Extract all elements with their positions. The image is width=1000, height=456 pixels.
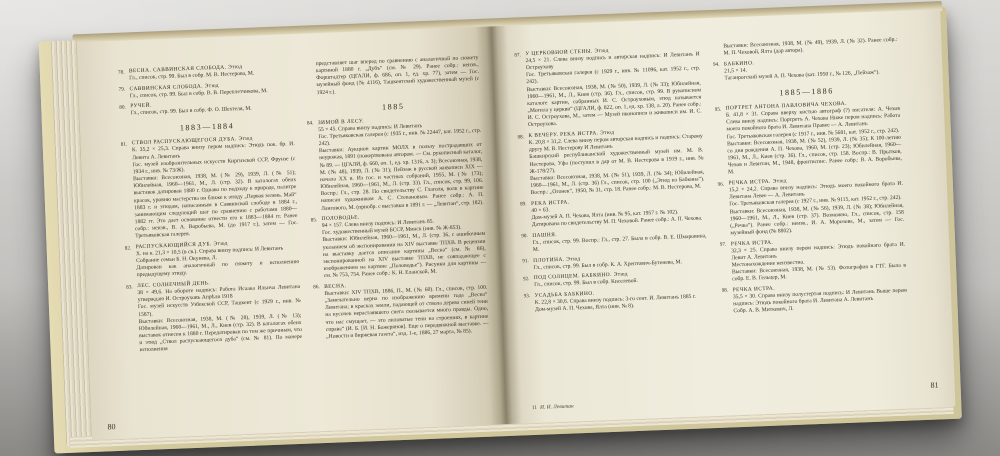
entry-number: 81.	[121, 141, 128, 147]
entry-number: 89.	[520, 201, 527, 207]
signature-name: И. И. Левитан	[540, 404, 574, 411]
entry-paragraph: Выставки: Аукцион картин МОЛХ в пользу п…	[319, 142, 484, 213]
catalog-entry: 80.РУЧЕЙ.Гл., список, стр. 99. Был в соб…	[119, 97, 293, 118]
catalog-entry: 82.РАСПУСКАЮЩИЙСЯ ДУБ. ЭтюдХ. на к. 21,3…	[125, 238, 300, 280]
catalog-entry: 87.У ЦЕРКОВНОЙ СТЕНЫ. Этюд24,5 × 21. Сле…	[514, 44, 702, 130]
right-page-columns: 87.У ЦЕРКОВНОЙ СТЕНЫ. Этюд24,5 × 21. Сле…	[514, 37, 910, 391]
entry-number: 94.	[713, 62, 720, 68]
catalog-entry: 86.ВЕСНА.Выставки: XIV ТПХВ, 1886, П., М…	[313, 278, 489, 342]
right-page: 87.У ЦЕРКОВНОЙ СТЕНЫ. Этюд24,5 × 21. Сле…	[491, 9, 955, 424]
entry-paragraph: Выставки: Всесоюзная, 1938, М. (№ 56), 1…	[730, 202, 905, 237]
left-page-column-2: представляет шаг вперед по сравнению с а…	[305, 55, 492, 407]
catalog-entry: представляет шаг вперед по сравнению с а…	[305, 55, 480, 97]
entry-number: 85.	[311, 217, 318, 223]
printers-signature: 11И. И. Левитан	[532, 404, 574, 412]
catalog-entry: 97.РЕЧКА ИСТРА.32,3 × 25. Справа внизу п…	[720, 234, 907, 284]
catalog-entry: 93.УСАДЬБА БАБКИНО.К. 22,8 × 30,6. Справ…	[523, 286, 709, 314]
entry-paragraph: представляет шаг вперед по сравнению с а…	[316, 55, 480, 97]
page-number-right: 81	[930, 380, 938, 389]
entry-number: 78.	[118, 69, 125, 75]
left-page: 78.ВЕСНА. САВВИНСКАЯ СЛОБОДА. ЭтюдГл., с…	[77, 26, 507, 440]
catalog-entry: 83.ЛЕС. СОЛНЕЧНЫЙ ДЕНЬ.38 × 49,6. На обо…	[126, 277, 302, 355]
entry-number: 80.	[119, 104, 126, 110]
entry-paragraph: Выставки: XIV ТПХВ, 1886, П., М. (№ 60).…	[324, 285, 489, 341]
left-page-column-1: 78.ВЕСНА. САВВИНСКАЯ СЛОБОДА. ЭтюдГл., с…	[118, 62, 305, 414]
entry-number: 97.	[720, 242, 727, 248]
open-book: 78.ВЕСНА. САВВИНСКАЯ СЛОБОДА. ЭтюдГл., с…	[55, 3, 956, 441]
entry-paragraph: Выставки: Всесоюзная, 1938, М. (№ 29), 1…	[133, 170, 298, 241]
entry-paragraph: Выставки: Всесоюзная, 1938, М. (№ 50), 1…	[527, 80, 703, 130]
year-heading: 1883—1884	[120, 120, 294, 136]
page-block: 78.ВЕСНА. САВВИНСКАЯ СЛОБОДА. ЭтюдГл., с…	[55, 3, 956, 441]
entry-number: 90.	[521, 233, 528, 239]
entry-number: 91.	[522, 258, 529, 264]
entry-number: 82.	[125, 245, 132, 251]
entry-paragraph: Выставки: Всесоюзная, 1938, М. (№ 52), 1…	[727, 134, 902, 176]
catalog-entry: 95.ПОРТРЕТ АНТОНА ПАВЛОВИЧА ЧЕХОВА.Б. 41…	[715, 99, 903, 177]
entry-number: 84.	[307, 121, 314, 127]
catalog-entry: 89.РЕКА ИСТРА.40 × 63.Дом-музей А. П. Че…	[520, 194, 706, 230]
entry-number: 87.	[514, 52, 521, 58]
catalog-entry: 96.РЕЧКА ИСТРА. Этюд15,2 × 24,2. Справа …	[717, 174, 904, 238]
right-page-column-1: 87.У ЦЕРКОВНОЙ СТЕНЫ. Этюд24,5 × 21. Сле…	[514, 44, 712, 391]
entry-number: 86.	[313, 285, 320, 291]
entry-number: 92.	[523, 276, 530, 282]
catalog-entry: 90.ПАШНЯ.Гл., список, стр. 99. Воспр.: Г…	[521, 226, 707, 254]
entry-number: 95.	[715, 106, 722, 112]
entry-paragraph: Выставки: Всесоюзная, 1938, М. (№ 28), 1…	[138, 313, 302, 355]
entry-number: 96.	[717, 181, 724, 187]
catalog-entry: 85.ПОЛОВОДЬЕ.94 × 157. Слева внизу подпи…	[311, 210, 487, 281]
catalog-entry: 84.ЗИМОЙ В ЛЕСУ.55 × 45. Справа внизу по…	[307, 114, 484, 213]
entry-number: 88.	[517, 134, 524, 140]
catalog-entry: 98.РЕЧКА ИСТРА.35,5 × 30. Справа внизу п…	[722, 281, 908, 317]
left-page-columns: 78.ВЕСНА. САВВИНСКАЯ СЛОБОДА. ЭтюдГл., с…	[118, 55, 492, 415]
entry-number: 79.	[119, 87, 126, 93]
year-heading: 1885—1886	[714, 84, 899, 100]
photo-backdrop: 78.ВЕСНА. САВВИНСКАЯ СЛОБОДА. ЭтюдГл., с…	[0, 0, 1000, 456]
entry-number: 83.	[126, 284, 133, 290]
catalog-entry: 88.К ВЕЧЕРУ. РЕКА ИСТРА. ЭтюдК. 20,8 × 3…	[517, 126, 704, 197]
page-number-left: 80	[107, 422, 115, 431]
page-spread: 78.ВЕСНА. САВВИНСКАЯ СЛОБОДА. ЭтюдГл., с…	[77, 9, 956, 440]
catalog-entry: 94.БАБКИНО.21,5 × 14.Таганрогский музей …	[713, 55, 899, 83]
year-heading: 1885	[306, 99, 480, 115]
entry-number: 98.	[722, 288, 729, 294]
right-page-column-2: Выставки: Всесоюзная, 1938, М. (№ 49), 1…	[712, 37, 910, 384]
signature-number: 11	[532, 405, 537, 411]
entry-paragraph: Выставки: Юбилейная, 1960—1961, М., Л. (…	[322, 231, 486, 280]
entry-number: 93.	[523, 294, 530, 300]
catalog-entry: 81.СТВОЛ РАСПУСКАЮЩЕГОСЯ ДУБА. ЭтюдК. 35…	[121, 134, 299, 241]
